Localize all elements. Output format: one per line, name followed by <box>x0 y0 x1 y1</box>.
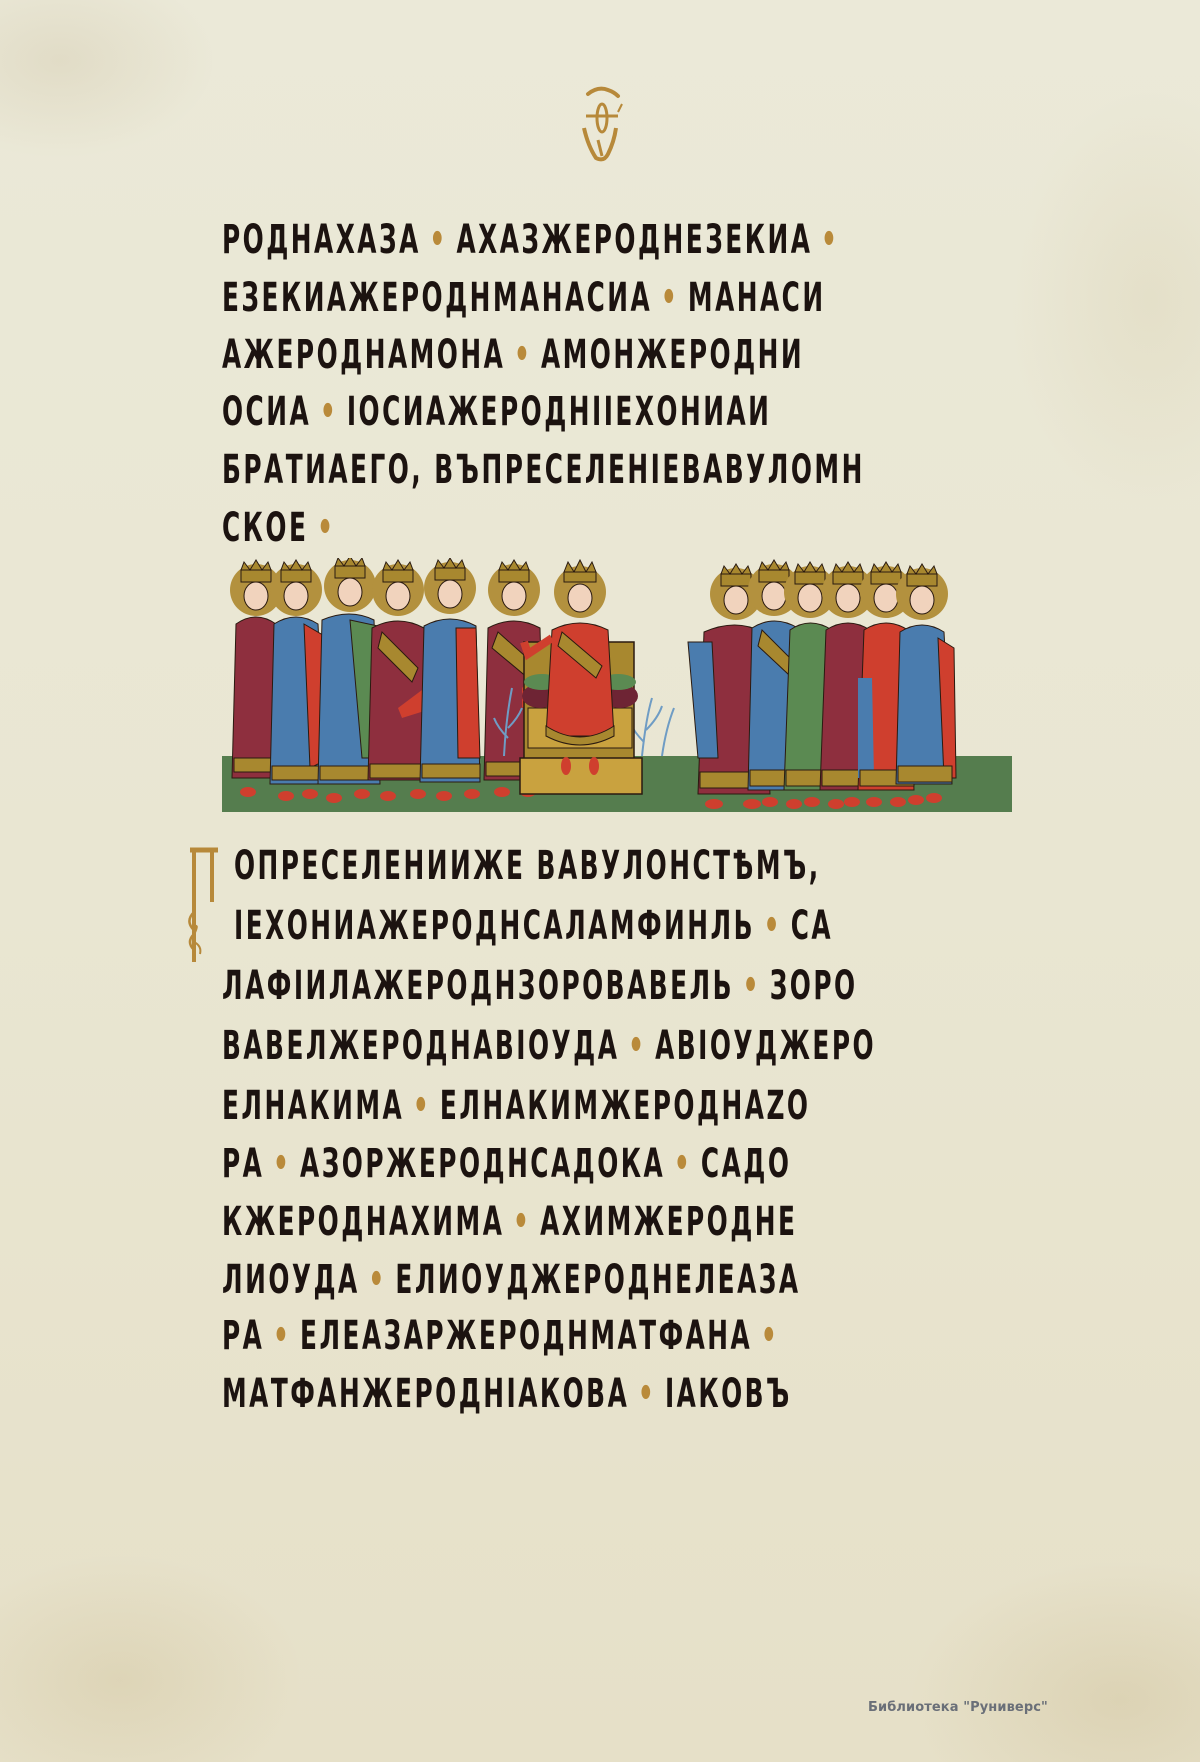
miniature-illustration <box>222 558 1012 814</box>
text-line: матфанжероднiакова•iаковъ <box>222 1366 693 1422</box>
text-line: езекиажероднманасиа•манаси <box>222 270 693 326</box>
plant-right <box>628 698 674 756</box>
text-line: вавелжероднавіоуда•авіоуджеро <box>222 1018 693 1074</box>
text-line: ра•азоржероднсадока•садо <box>222 1136 693 1192</box>
manuscript-page: роднахаза•ахазжероднезекиа• езекиажеродн… <box>0 0 1200 1762</box>
text-line: лиоуда•елиоуджероднелеаза <box>222 1252 693 1308</box>
text-line: осиа•іосиажероднііехониаи <box>222 384 693 440</box>
left-group <box>230 558 550 803</box>
text-line: братиаего, въпреселеніевавуломн <box>222 442 693 498</box>
right-group <box>688 560 956 809</box>
text-line: ское• <box>222 500 693 556</box>
library-watermark: Библиотека "Руниверс" <box>868 1700 1048 1715</box>
text-line: ра•елеазаржероднматфана• <box>222 1308 693 1364</box>
text-line: лафіилажероднзоровавель•зоро <box>222 958 693 1014</box>
gold-monogram-icon <box>578 84 630 164</box>
text-line: опреселенииже вавулонстѣмъ, <box>234 838 705 894</box>
text-line: роднахаза•ахазжероднезекиа• <box>222 212 693 268</box>
text-line: кжероднахима•ахимжеродне <box>222 1194 693 1250</box>
decorated-initial-icon <box>186 842 226 987</box>
text-line: іехониажероднсаламфинль•са <box>234 898 705 954</box>
text-line: елнакима•елнакимжероднаzо <box>222 1078 693 1134</box>
text-line: ажероднамона•амонжеродни <box>222 327 693 383</box>
